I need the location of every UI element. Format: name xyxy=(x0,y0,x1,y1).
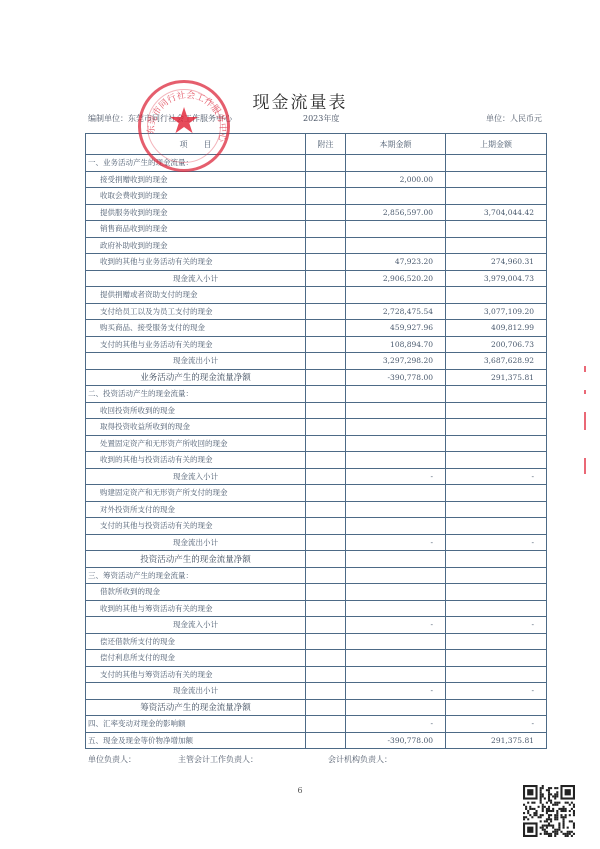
row-current-amount xyxy=(346,237,446,254)
table-row: 五、现金及现金等价物净增加额-390,778.00291,375.81 xyxy=(86,732,547,749)
row-current-amount xyxy=(346,650,446,667)
table-row: 现金流入小计-- xyxy=(86,617,547,634)
row-note xyxy=(306,534,346,551)
row-note xyxy=(306,584,346,601)
row-item-label: 业务活动产生的现金流量净额 xyxy=(86,369,306,386)
table-row: 现金流入小计-- xyxy=(86,468,547,485)
row-item-label: 收到的其他与筹资活动有关的现金 xyxy=(86,600,306,617)
row-item-label: 购建固定资产和无形资产所支付的现金 xyxy=(86,485,306,502)
table-row: 现金流出小计-- xyxy=(86,683,547,700)
org-label: 编制单位：东莞市同行社会工作服务中心 xyxy=(88,113,232,124)
row-note xyxy=(306,683,346,700)
table-row: 筹资活动产生的现金流量净额 xyxy=(86,699,547,716)
table-row: 购买商品、接受服务支付的现金459,927.96409,812.99 xyxy=(86,320,547,337)
row-item-label: 支付的其他与筹资活动有关的现金 xyxy=(86,666,306,683)
row-prior-amount xyxy=(446,485,547,502)
row-current-amount: 2,000.00 xyxy=(346,171,446,188)
row-item-label: 接受捐赠收到的现金 xyxy=(86,171,306,188)
row-current-amount xyxy=(346,386,446,403)
row-prior-amount xyxy=(446,666,547,683)
row-prior-amount xyxy=(446,155,547,172)
row-current-amount xyxy=(346,584,446,601)
unit-head-signature-label: 单位负责人： xyxy=(88,754,136,765)
row-current-amount xyxy=(346,600,446,617)
row-note xyxy=(306,617,346,634)
row-current-amount: -390,778.00 xyxy=(346,369,446,386)
row-current-amount xyxy=(346,551,446,568)
table-row: 购建固定资产和无形资产所支付的现金 xyxy=(86,485,547,502)
row-current-amount xyxy=(346,155,446,172)
row-current-amount: 2,906,520.20 xyxy=(346,270,446,287)
row-current-amount xyxy=(346,518,446,535)
row-prior-amount: 3,077,109.20 xyxy=(446,303,547,320)
accounting-head-signature-label: 主管会计工作负责人： xyxy=(178,754,258,765)
cash-flow-table: 项 目 附注 本期金额 上期金额 一、业务活动产生的现金流量：接受捐赠收到的现金… xyxy=(85,133,547,749)
table-row: 三、筹资活动产生的现金流量： xyxy=(86,567,547,584)
table-row: 提供捐赠或者资助支付的现金 xyxy=(86,287,547,304)
row-prior-amount xyxy=(446,567,547,584)
row-current-amount xyxy=(346,188,446,205)
table-row: 投资活动产生的现金流量净额 xyxy=(86,551,547,568)
row-prior-amount: 274,960.31 xyxy=(446,254,547,271)
row-item-label: 销售商品收到的现金 xyxy=(86,221,306,238)
row-current-amount xyxy=(346,287,446,304)
table-row: 现金流入小计2,906,520.203,979,004.73 xyxy=(86,270,547,287)
row-item-label: 收到的其他与业务活动有关的现金 xyxy=(86,254,306,271)
table-row: 政府补助收到的现金 xyxy=(86,237,547,254)
row-item-label: 偿还借款所支付的现金 xyxy=(86,633,306,650)
row-note xyxy=(306,633,346,650)
row-prior-amount: - xyxy=(446,716,547,733)
table-row: 提供服务收到的现金2,856,597.003,704,044.42 xyxy=(86,204,547,221)
row-item-label: 现金流出小计 xyxy=(86,683,306,700)
row-prior-amount xyxy=(446,402,547,419)
table-row: 支付的其他与投资活动有关的现金 xyxy=(86,518,547,535)
table-row: 取得投资收益所收到的现金 xyxy=(86,419,547,436)
row-note xyxy=(306,287,346,304)
row-item-label: 提供捐赠或者资助支付的现金 xyxy=(86,287,306,304)
seam-stamp-mark xyxy=(584,458,586,474)
row-note xyxy=(306,518,346,535)
row-item-label: 现金流入小计 xyxy=(86,270,306,287)
table-row: 接受捐赠收到的现金2,000.00 xyxy=(86,171,547,188)
row-note xyxy=(306,204,346,221)
row-note xyxy=(306,353,346,370)
table-row: 现金流出小计3,297,298.203,687,628.92 xyxy=(86,353,547,370)
table-row: 收到的其他与业务活动有关的现金47,923.20274,960.31 xyxy=(86,254,547,271)
row-note xyxy=(306,452,346,469)
table-row: 业务活动产生的现金流量净额-390,778.00291,375.81 xyxy=(86,369,547,386)
row-note xyxy=(306,699,346,716)
table-row: 支付给员工以及为员工支付的现金2,728,475.543,077,109.20 xyxy=(86,303,547,320)
row-prior-amount xyxy=(446,551,547,568)
row-prior-amount: 3,704,044.42 xyxy=(446,204,547,221)
row-note xyxy=(306,435,346,452)
row-item-label: 现金流入小计 xyxy=(86,468,306,485)
row-prior-amount xyxy=(446,650,547,667)
table-row: 收到的其他与筹资活动有关的现金 xyxy=(86,600,547,617)
table-row: 销售商品收到的现金 xyxy=(86,221,547,238)
row-prior-amount xyxy=(446,188,547,205)
row-note xyxy=(306,171,346,188)
qr-code-icon xyxy=(523,785,575,837)
row-prior-amount xyxy=(446,518,547,535)
seam-stamp-mark xyxy=(584,366,586,372)
seam-stamp-mark xyxy=(584,390,586,394)
table-row: 四、汇率变动对现金的影响额-- xyxy=(86,716,547,733)
table-row: 偿还借款所支付的现金 xyxy=(86,633,547,650)
page-number: 6 xyxy=(0,786,600,795)
row-current-amount xyxy=(346,452,446,469)
row-current-amount: - xyxy=(346,716,446,733)
row-item-label: 收到的其他与投资活动有关的现金 xyxy=(86,452,306,469)
row-prior-amount: 291,375.81 xyxy=(446,732,547,749)
row-item-label: 三、筹资活动产生的现金流量： xyxy=(86,567,306,584)
row-note xyxy=(306,320,346,337)
row-prior-amount xyxy=(446,435,547,452)
row-item-label: 筹资活动产生的现金流量净额 xyxy=(86,699,306,716)
period-label: 2023年度 xyxy=(303,113,339,124)
row-current-amount: 3,297,298.20 xyxy=(346,353,446,370)
table-row: 收回投资所收到的现金 xyxy=(86,402,547,419)
row-item-label: 一、业务活动产生的现金流量： xyxy=(86,155,306,172)
header-item: 项 目 xyxy=(86,134,306,155)
row-prior-amount: 3,687,628.92 xyxy=(446,353,547,370)
row-item-label: 政府补助收到的现金 xyxy=(86,237,306,254)
row-prior-amount: 291,375.81 xyxy=(446,369,547,386)
row-prior-amount: 3,979,004.73 xyxy=(446,270,547,287)
row-item-label: 支付的其他与投资活动有关的现金 xyxy=(86,518,306,535)
row-current-amount xyxy=(346,666,446,683)
row-prior-amount xyxy=(446,452,547,469)
table-row: 收到的其他与投资活动有关的现金 xyxy=(86,452,547,469)
row-note xyxy=(306,270,346,287)
row-item-label: 对外投资所支付的现金 xyxy=(86,501,306,518)
row-note xyxy=(306,567,346,584)
row-item-label: 取得投资收益所收到的现金 xyxy=(86,419,306,436)
header-note: 附注 xyxy=(306,134,346,155)
row-item-label: 偿付利息所支付的现金 xyxy=(86,650,306,667)
row-current-amount: 108,894.70 xyxy=(346,336,446,353)
table-row: 支付的其他与筹资活动有关的现金 xyxy=(86,666,547,683)
row-prior-amount xyxy=(446,237,547,254)
row-item-label: 支付给员工以及为员工支付的现金 xyxy=(86,303,306,320)
row-note xyxy=(306,419,346,436)
row-note xyxy=(306,468,346,485)
row-item-label: 借款所收到的现金 xyxy=(86,584,306,601)
row-note xyxy=(306,336,346,353)
row-item-label: 购买商品、接受服务支付的现金 xyxy=(86,320,306,337)
row-prior-amount: - xyxy=(446,468,547,485)
row-item-label: 处置固定资产和无形资产所收回的现金 xyxy=(86,435,306,452)
row-prior-amount: - xyxy=(446,617,547,634)
qr-code xyxy=(523,785,575,837)
row-note xyxy=(306,303,346,320)
row-prior-amount: - xyxy=(446,534,547,551)
row-note xyxy=(306,485,346,502)
row-prior-amount xyxy=(446,221,547,238)
row-note xyxy=(306,237,346,254)
row-current-amount xyxy=(346,633,446,650)
row-current-amount: - xyxy=(346,617,446,634)
row-item-label: 现金流出小计 xyxy=(86,353,306,370)
row-note xyxy=(306,221,346,238)
row-prior-amount xyxy=(446,584,547,601)
table-row: 偿付利息所支付的现金 xyxy=(86,650,547,667)
row-note xyxy=(306,501,346,518)
table-row: 支付的其他与业务活动有关的现金108,894.70200,706.73 xyxy=(86,336,547,353)
row-prior-amount xyxy=(446,501,547,518)
row-item-label: 投资活动产生的现金流量净额 xyxy=(86,551,306,568)
accounting-dept-head-signature-label: 会计机构负责人： xyxy=(328,754,392,765)
currency-unit-label: 单位：人民币元 xyxy=(486,113,542,124)
row-note xyxy=(306,402,346,419)
row-prior-amount: - xyxy=(446,683,547,700)
table-row: 二、投资活动产生的现金流量： xyxy=(86,386,547,403)
row-item-label: 提供服务收到的现金 xyxy=(86,204,306,221)
row-prior-amount xyxy=(446,699,547,716)
row-current-amount: - xyxy=(346,468,446,485)
row-current-amount xyxy=(346,221,446,238)
row-prior-amount: 200,706.73 xyxy=(446,336,547,353)
row-item-label: 四、汇率变动对现金的影响额 xyxy=(86,716,306,733)
row-note xyxy=(306,600,346,617)
row-prior-amount xyxy=(446,171,547,188)
seam-stamp-mark xyxy=(584,412,586,430)
table-row: 现金流出小计-- xyxy=(86,534,547,551)
row-current-amount xyxy=(346,699,446,716)
table-header-row: 项 目 附注 本期金额 上期金额 xyxy=(86,134,547,155)
row-item-label: 支付的其他与业务活动有关的现金 xyxy=(86,336,306,353)
row-current-amount xyxy=(346,567,446,584)
table-row: 处置固定资产和无形资产所收回的现金 xyxy=(86,435,547,452)
row-note xyxy=(306,254,346,271)
row-note xyxy=(306,716,346,733)
row-item-label: 收取会费收到的现金 xyxy=(86,188,306,205)
row-item-label: 五、现金及现金等价物净增加额 xyxy=(86,732,306,749)
row-current-amount: 459,927.96 xyxy=(346,320,446,337)
row-item-label: 二、投资活动产生的现金流量： xyxy=(86,386,306,403)
table-row: 对外投资所支付的现金 xyxy=(86,501,547,518)
table-row: 一、业务活动产生的现金流量： xyxy=(86,155,547,172)
row-item-label: 收回投资所收到的现金 xyxy=(86,402,306,419)
row-current-amount: 2,856,597.00 xyxy=(346,204,446,221)
row-current-amount xyxy=(346,485,446,502)
table-body: 一、业务活动产生的现金流量：接受捐赠收到的现金2,000.00收取会费收到的现金… xyxy=(86,155,547,749)
row-current-amount: - xyxy=(346,683,446,700)
row-note xyxy=(306,650,346,667)
row-prior-amount xyxy=(446,419,547,436)
row-current-amount: 47,923.20 xyxy=(346,254,446,271)
table-row: 收取会费收到的现金 xyxy=(86,188,547,205)
row-current-amount xyxy=(346,419,446,436)
row-current-amount: - xyxy=(346,534,446,551)
row-current-amount: 2,728,475.54 xyxy=(346,303,446,320)
header-prior-period: 上期金额 xyxy=(446,134,547,155)
row-prior-amount xyxy=(446,600,547,617)
table-row: 借款所收到的现金 xyxy=(86,584,547,601)
row-prior-amount xyxy=(446,287,547,304)
row-current-amount xyxy=(346,501,446,518)
row-note xyxy=(306,666,346,683)
row-note xyxy=(306,369,346,386)
row-current-amount xyxy=(346,402,446,419)
row-prior-amount xyxy=(446,386,547,403)
row-note xyxy=(306,551,346,568)
row-current-amount: -390,778.00 xyxy=(346,732,446,749)
row-note xyxy=(306,188,346,205)
row-note xyxy=(306,732,346,749)
row-note xyxy=(306,386,346,403)
row-prior-amount xyxy=(446,633,547,650)
row-current-amount xyxy=(346,435,446,452)
row-note xyxy=(306,155,346,172)
row-item-label: 现金流出小计 xyxy=(86,534,306,551)
header-current-period: 本期金额 xyxy=(346,134,446,155)
document-title: 现金流量表 xyxy=(0,88,600,113)
row-item-label: 现金流入小计 xyxy=(86,617,306,634)
row-prior-amount: 409,812.99 xyxy=(446,320,547,337)
